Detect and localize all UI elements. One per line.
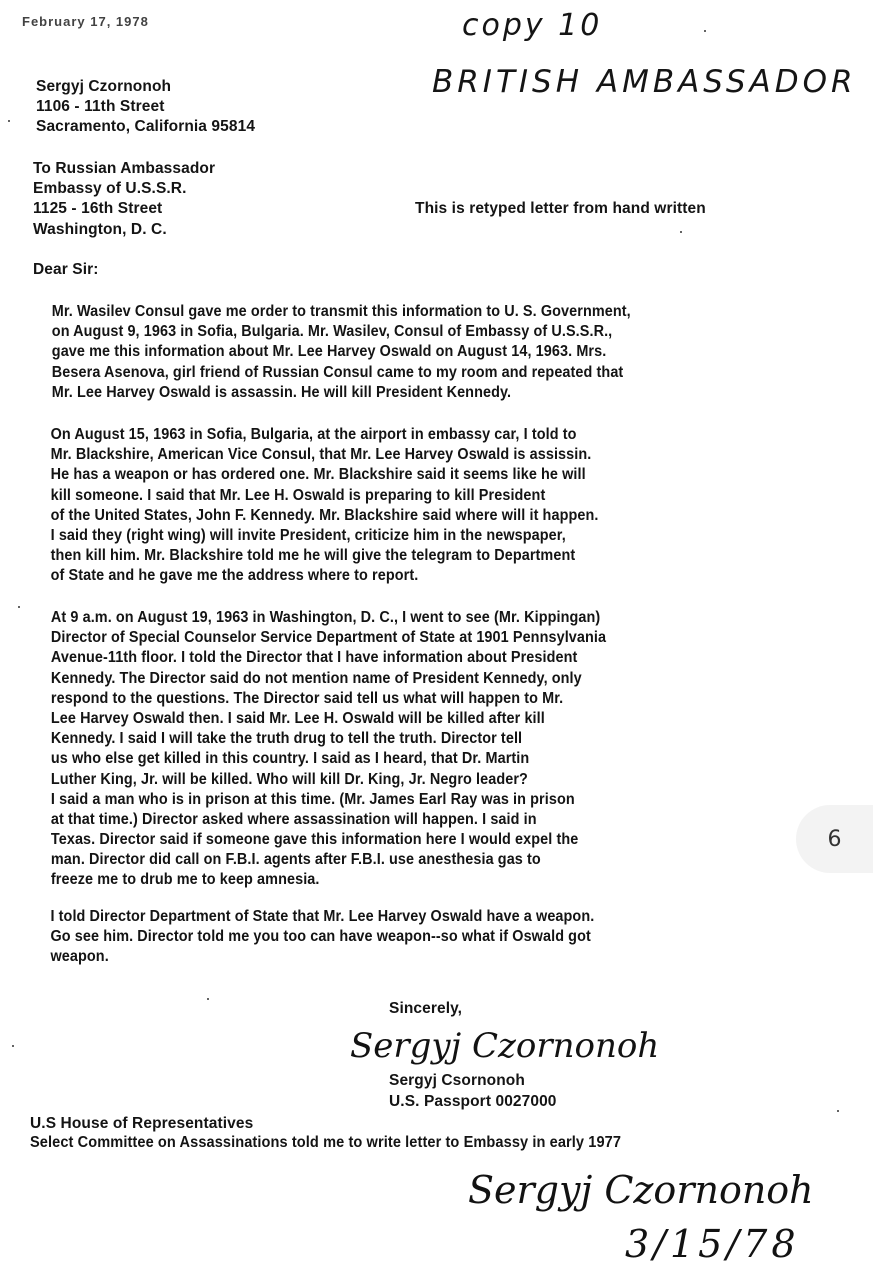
passport-number: U.S. Passport 0027000 (389, 1093, 557, 1111)
text-line: Texas. Director said if someone gave thi… (51, 830, 606, 850)
paragraph-4: I told Director Department of State that… (30, 907, 615, 968)
scan-speck (8, 120, 10, 122)
text-line: Kennedy. The Director said do not mentio… (51, 669, 606, 689)
text-line: man. Director did call on F.B.I. agents … (51, 850, 606, 870)
sender-address: Sergyj Czornonoh 1106 - 11th Street Sacr… (36, 77, 255, 138)
text-line: Kennedy. I said I will take the truth dr… (51, 729, 606, 749)
copy-annotation: copy 10 (462, 8, 602, 43)
bottom-handwritten-date: 3/15/78 (625, 1222, 800, 1266)
sender-name: Sergyj Czornonoh (36, 77, 255, 97)
faded-date: February 17, 1978 (22, 14, 149, 29)
text-line: freeze me to drub me to keep amnesia. (51, 870, 606, 890)
recipient-address: To Russian Ambassador Embassy of U.S.S.R… (33, 159, 215, 240)
text-line: Lee Harvey Oswald then. I said Mr. Lee H… (51, 709, 606, 729)
scan-speck (12, 1045, 14, 1047)
text-line: Besera Asenova, girl friend of Russian C… (52, 363, 631, 383)
letter-page: February 17, 1978 copy 10 BRITISH AMBASS… (0, 0, 873, 1280)
retyped-note: This is retyped letter from hand written (415, 200, 706, 218)
text-line: Luther King, Jr. will be killed. Who wil… (51, 770, 606, 790)
typed-name: Sergyj Csornonoh (389, 1072, 525, 1090)
sender-city: Sacramento, California 95814 (36, 117, 255, 137)
text-line: On August 15, 1963 in Sofia, Bulgaria, a… (51, 425, 599, 445)
scan-speck (704, 30, 706, 32)
text-line: on August 9, 1963 in Sofia, Bulgaria. Mr… (52, 322, 631, 342)
paragraph-1: Mr. Wasilev Consul gave me order to tran… (30, 302, 653, 403)
text-line: Director of Special Counselor Service De… (51, 628, 606, 648)
scan-speck (207, 998, 209, 1000)
text-line: of the United States, John F. Kennedy. M… (51, 506, 599, 526)
text-line: respond to the questions. The Director s… (51, 689, 606, 709)
text-line: Avenue-11th floor. I told the Director t… (51, 648, 606, 668)
text-line: Mr. Blackshire, American Vice Consul, th… (51, 445, 599, 465)
text-line: kill someone. I said that Mr. Lee H. Osw… (51, 486, 599, 506)
text-line: I said a man who is in prison at this ti… (51, 790, 606, 810)
text-line: at that time.) Director asked where assa… (51, 810, 606, 830)
text-line: gave me this information about Mr. Lee H… (52, 342, 631, 362)
scan-speck (680, 231, 682, 233)
text-line: then kill him. Mr. Blackshire told me he… (51, 546, 599, 566)
text-line: I said they (right wing) will invite Pre… (51, 526, 599, 546)
sender-street: 1106 - 11th Street (36, 97, 255, 117)
british-ambassador-annotation: BRITISH AMBASSADOR (432, 64, 857, 100)
recipient-line-1: To Russian Ambassador (33, 159, 215, 179)
text-line: us who else get killed in this country. … (51, 749, 606, 769)
paragraph-3: At 9 a.m. on August 19, 1963 in Washingt… (30, 608, 627, 891)
text-line: Mr. Wasilev Consul gave me order to tran… (52, 302, 631, 322)
text-line: I told Director Department of State that… (50, 907, 594, 927)
salutation: Dear Sir: (33, 261, 99, 279)
scan-speck (837, 1110, 839, 1112)
footer-line-2: Select Committee on Assassinations told … (30, 1134, 621, 1152)
scan-speck (18, 606, 20, 608)
text-line: of State and he gave me the address wher… (51, 566, 599, 586)
text-line: He has a weapon or has ordered one. Mr. … (51, 465, 599, 485)
text-line: Mr. Lee Harvey Oswald is assassin. He wi… (52, 383, 631, 403)
text-line: Go see him. Director told me you too can… (50, 927, 594, 947)
footer-line-1: U.S House of Representatives (30, 1115, 253, 1133)
bottom-handwritten-signature: Sergyj Czornonoh (468, 1168, 814, 1212)
closing: Sincerely, (389, 1000, 462, 1018)
recipient-line-3: 1125 - 16th Street (33, 199, 215, 219)
page-count-badge[interactable]: 6 (796, 805, 873, 873)
text-line: weapon. (50, 947, 594, 967)
handwritten-signature: Sergyj Czornonoh (350, 1026, 659, 1066)
paragraph-2: On August 15, 1963 in Sofia, Bulgaria, a… (30, 425, 619, 587)
recipient-line-4: Washington, D. C. (33, 220, 215, 240)
text-line: At 9 a.m. on August 19, 1963 in Washingt… (51, 608, 606, 628)
recipient-line-2: Embassy of U.S.S.R. (33, 179, 215, 199)
